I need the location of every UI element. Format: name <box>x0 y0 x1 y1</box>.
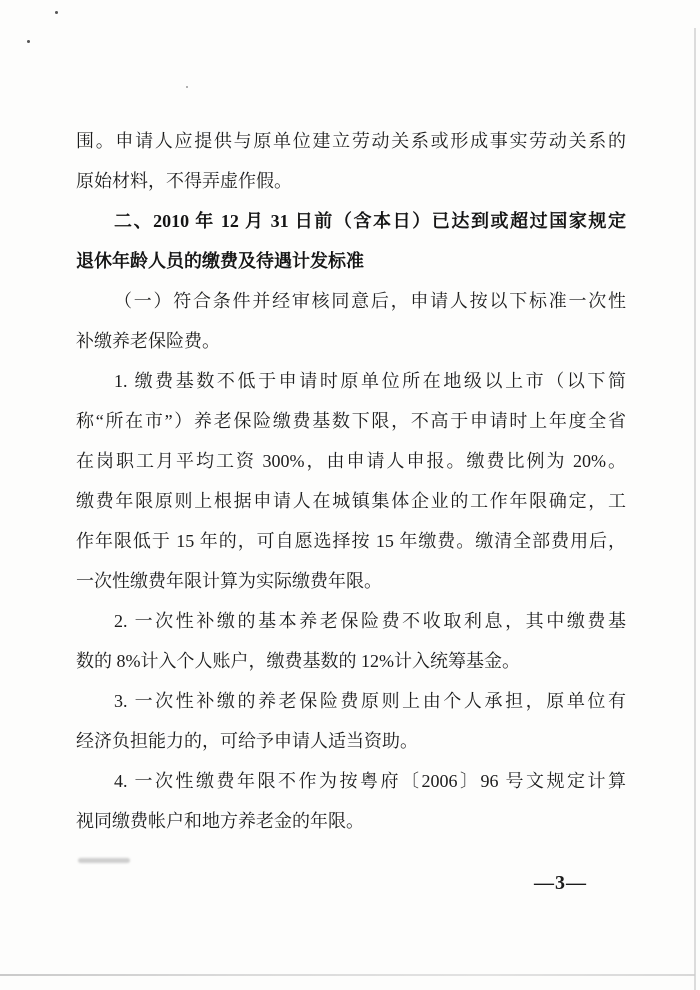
text-block: 围。申请人应提供与原单位建立劳动关系或形成事实劳动关系的原始材料，不得弄虚作假。… <box>76 121 626 841</box>
scan-smudge-artifact <box>78 858 130 863</box>
document-line: 1. 缴费基数不低于申请时原单位所在地级以上市（以下简 <box>76 361 626 401</box>
scan-speck-artifact <box>55 11 58 14</box>
document-line: 视同缴费帐户和地方养老金的年限。 <box>76 801 626 841</box>
scan-speck-artifact <box>186 86 188 88</box>
scan-speck-artifact <box>27 40 30 43</box>
document-line: （一）符合条件并经审核同意后，申请人按以下标准一次性 <box>76 281 626 321</box>
document-line: 经济负担能力的，可给予申请人适当资助。 <box>76 721 626 761</box>
scan-edge-bottom-line <box>0 974 695 976</box>
scanned-document-page: 围。申请人应提供与原单位建立劳动关系或形成事实劳动关系的原始材料，不得弄虚作假。… <box>0 0 700 990</box>
document-line: 在岗职工月平均工资 300%，由申请人申报。缴费比例为 20%。 <box>76 441 626 481</box>
page-number: —3— <box>534 872 587 895</box>
document-line: 一次性缴费年限计算为实际缴费年限。 <box>76 561 626 601</box>
document-line: 缴费年限原则上根据申请人在城镇集体企业的工作年限确定，工 <box>76 481 626 521</box>
document-line: 围。申请人应提供与原单位建立劳动关系或形成事实劳动关系的 <box>76 121 626 161</box>
document-line: 称“所在市”）养老保险缴费基数下限，不高于申请时上年度全省 <box>76 401 626 441</box>
document-line: 2. 一次性补缴的基本养老保险费不收取利息，其中缴费基 <box>76 601 626 641</box>
document-line: 原始材料，不得弄虚作假。 <box>76 161 626 201</box>
document-line: 数的 8%计入个人账户，缴费基数的 12%计入统筹基金。 <box>76 641 626 681</box>
document-line: 补缴养老保险费。 <box>76 321 626 361</box>
document-line: 4. 一次性缴费年限不作为按粤府〔2006〕96 号文规定计算 <box>76 761 626 801</box>
document-line: 二、2010 年 12 月 31 日前（含本日）已达到或超过国家规定 <box>76 201 626 241</box>
scan-edge-right-line <box>694 28 696 990</box>
document-line: 退休年龄人员的缴费及待遇计发标准 <box>76 241 626 281</box>
document-line: 3. 一次性补缴的养老保险费原则上由个人承担，原单位有 <box>76 681 626 721</box>
document-line: 作年限低于 15 年的，可自愿选择按 15 年缴费。缴清全部费用后， <box>76 521 626 561</box>
